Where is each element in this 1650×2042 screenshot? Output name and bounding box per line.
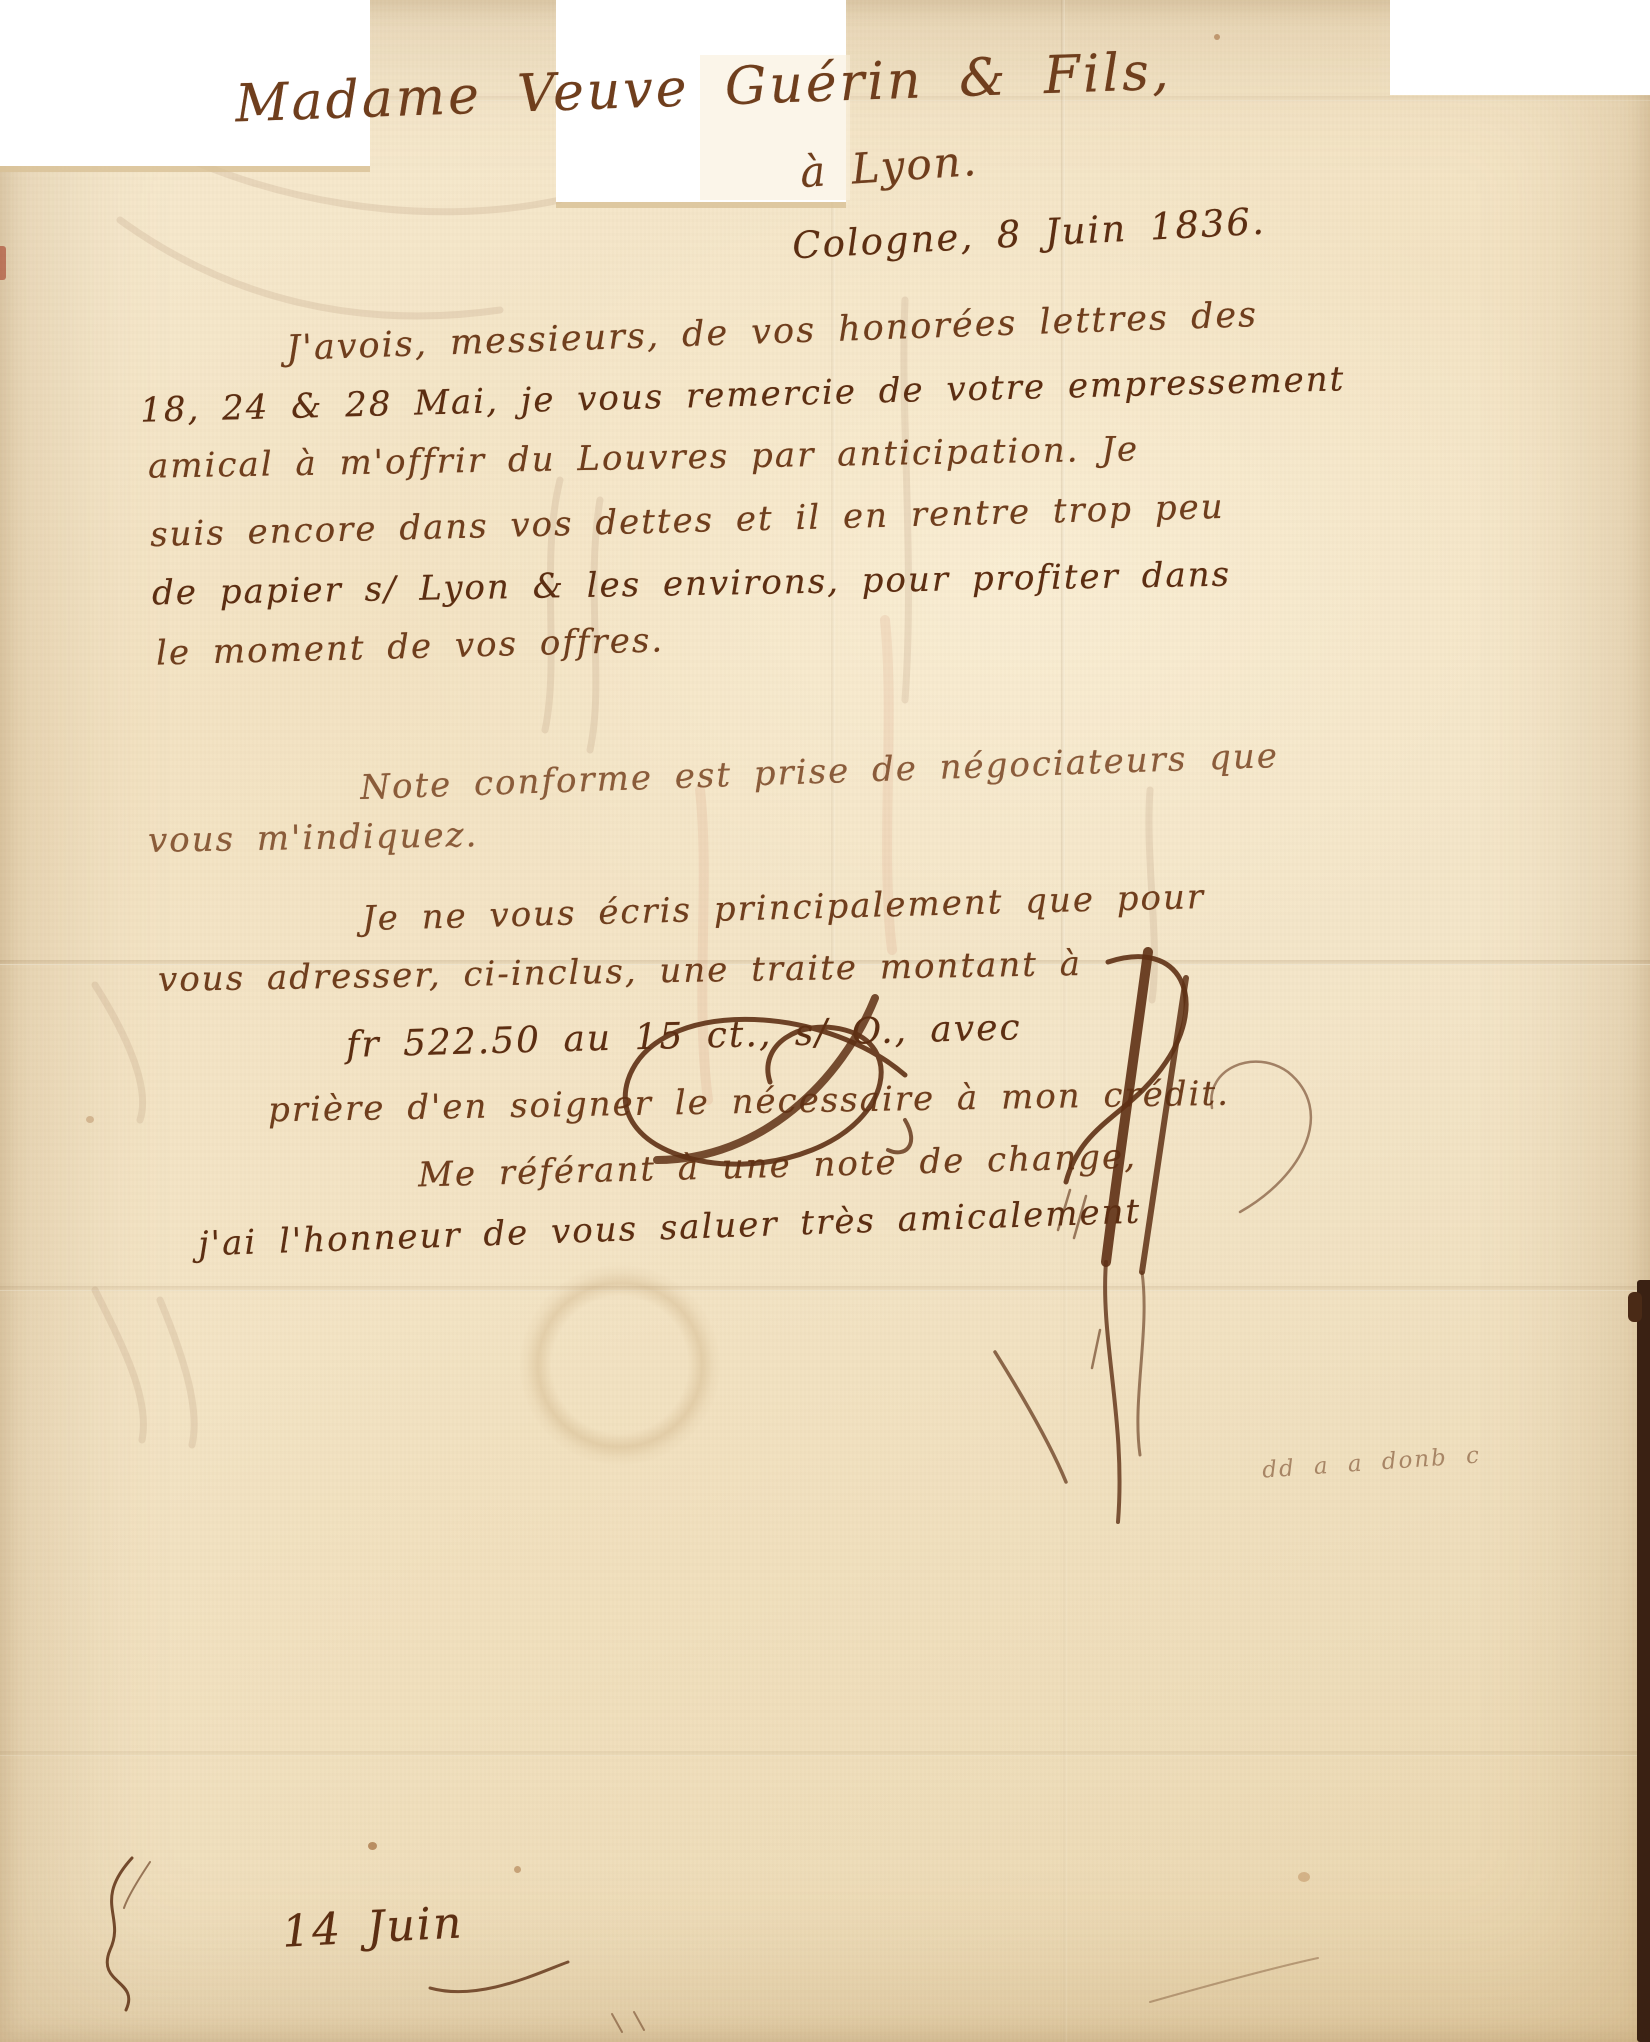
foxing-dot	[1214, 34, 1220, 40]
foxing-dot	[514, 1866, 521, 1873]
fold-crease-v2	[1061, 0, 1065, 975]
edge-strip-right	[1637, 1280, 1650, 2042]
seal-stain	[520, 1265, 720, 1465]
letter-line: vous m'indiquez.	[148, 815, 479, 861]
fold-crease-h4	[0, 1751, 1650, 1756]
edge-mark-left	[0, 246, 6, 280]
docket-date: 14 Juin	[281, 1897, 465, 1957]
fold-crease-v3	[1063, 975, 1067, 2042]
foxing-dot	[1298, 1872, 1310, 1882]
tear-sliver	[1390, 30, 1470, 90]
edge-nub-right	[1628, 1292, 1642, 1322]
fold-crease-h3	[0, 1286, 1650, 1291]
foxing-dot	[368, 1842, 377, 1850]
letter-scan: Madame Veuve Guérin & Fils, à Lyon. Colo…	[0, 0, 1650, 2042]
foxing-dot	[86, 1116, 94, 1123]
